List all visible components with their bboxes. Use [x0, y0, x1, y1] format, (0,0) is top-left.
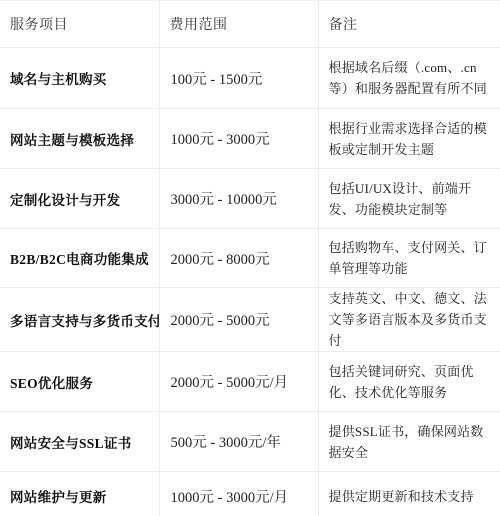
service-cell: 网站维护与更新 [0, 472, 159, 516]
table-row: 网站主题与模板选择 1000元 - 3000元 根据行业需求选择合适的模板或定制… [0, 109, 500, 169]
table-row: 网站安全与SSL证书 500元 - 3000元/年 提供SSL证书，确保网站数据… [0, 412, 500, 472]
header-cell-notes: 备注 [318, 1, 500, 48]
price-cell: 1000元 - 3000元 [159, 109, 318, 169]
note-cell: 包括购物车、支付网关、订单管理等功能 [318, 229, 500, 288]
service-cell: 多语言支持与多货币支付 [0, 288, 159, 352]
note-cell: 提供定期更新和技术支持 [318, 472, 500, 516]
note-cell: 根据行业需求选择合适的模板或定制开发主题 [318, 109, 500, 169]
note-cell: 根据域名后缀（.com、.cn等）和服务器配置有所不同 [318, 48, 500, 109]
table-row: 域名与主机购买 100元 - 1500元 根据域名后缀（.com、.cn等）和服… [0, 48, 500, 109]
table-row: SEO优化服务 2000元 - 5000元/月 包括关键词研究、页面优化、技术优… [0, 352, 500, 412]
pricing-table-container: 服务项目 费用范围 备注 域名与主机购买 100元 - 1500元 根据域名后缀… [0, 0, 500, 516]
service-cell: 网站安全与SSL证书 [0, 412, 159, 472]
table-row: 多语言支持与多货币支付 2000元 - 5000元 支持英文、中文、德文、法文等… [0, 288, 500, 352]
price-cell: 2000元 - 5000元 [159, 288, 318, 352]
table-row: B2B/B2C电商功能集成 2000元 - 8000元 包括购物车、支付网关、订… [0, 229, 500, 288]
price-cell: 2000元 - 8000元 [159, 229, 318, 288]
table-header-row: 服务项目 费用范围 备注 [0, 1, 500, 48]
service-cell: 网站主题与模板选择 [0, 109, 159, 169]
price-cell: 2000元 - 5000元/月 [159, 352, 318, 412]
note-cell: 提供SSL证书，确保网站数据安全 [318, 412, 500, 472]
service-cell: B2B/B2C电商功能集成 [0, 229, 159, 288]
note-cell: 包括UI/UX设计、前端开发、功能模块定制等 [318, 169, 500, 229]
table-row: 定制化设计与开发 3000元 - 10000元 包括UI/UX设计、前端开发、功… [0, 169, 500, 229]
price-cell: 100元 - 1500元 [159, 48, 318, 109]
note-cell: 包括关键词研究、页面优化、技术优化等服务 [318, 352, 500, 412]
price-cell: 500元 - 3000元/年 [159, 412, 318, 472]
service-cell: 域名与主机购买 [0, 48, 159, 109]
service-cell: SEO优化服务 [0, 352, 159, 412]
header-cell-price-range: 费用范围 [159, 1, 318, 48]
service-cell: 定制化设计与开发 [0, 169, 159, 229]
price-cell: 1000元 - 3000元/月 [159, 472, 318, 516]
price-cell: 3000元 - 10000元 [159, 169, 318, 229]
pricing-table: 服务项目 费用范围 备注 域名与主机购买 100元 - 1500元 根据域名后缀… [0, 0, 500, 516]
header-cell-service: 服务项目 [0, 1, 159, 48]
note-cell: 支持英文、中文、德文、法文等多语言版本及多货币支付 [318, 288, 500, 352]
table-row: 网站维护与更新 1000元 - 3000元/月 提供定期更新和技术支持 [0, 472, 500, 516]
